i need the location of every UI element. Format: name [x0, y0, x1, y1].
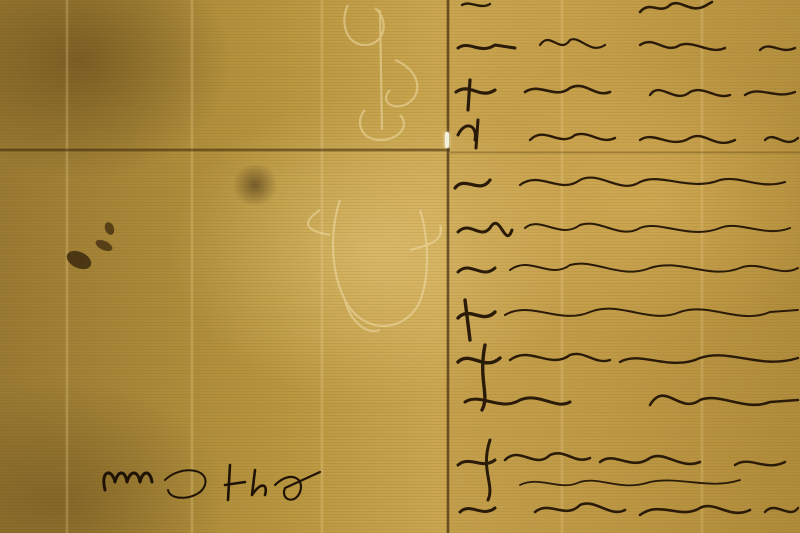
watermark	[308, 5, 441, 331]
ink-and-watermark	[0, 0, 800, 533]
vertical-fold	[446, 0, 450, 533]
horizontal-fold-right	[450, 151, 800, 154]
manuscript-photo: [illegible cursive signature] faint hera…	[0, 0, 800, 533]
signature	[104, 465, 320, 500]
horizontal-fold	[0, 148, 450, 152]
handwriting	[455, 2, 798, 515]
light-glint	[445, 132, 449, 148]
